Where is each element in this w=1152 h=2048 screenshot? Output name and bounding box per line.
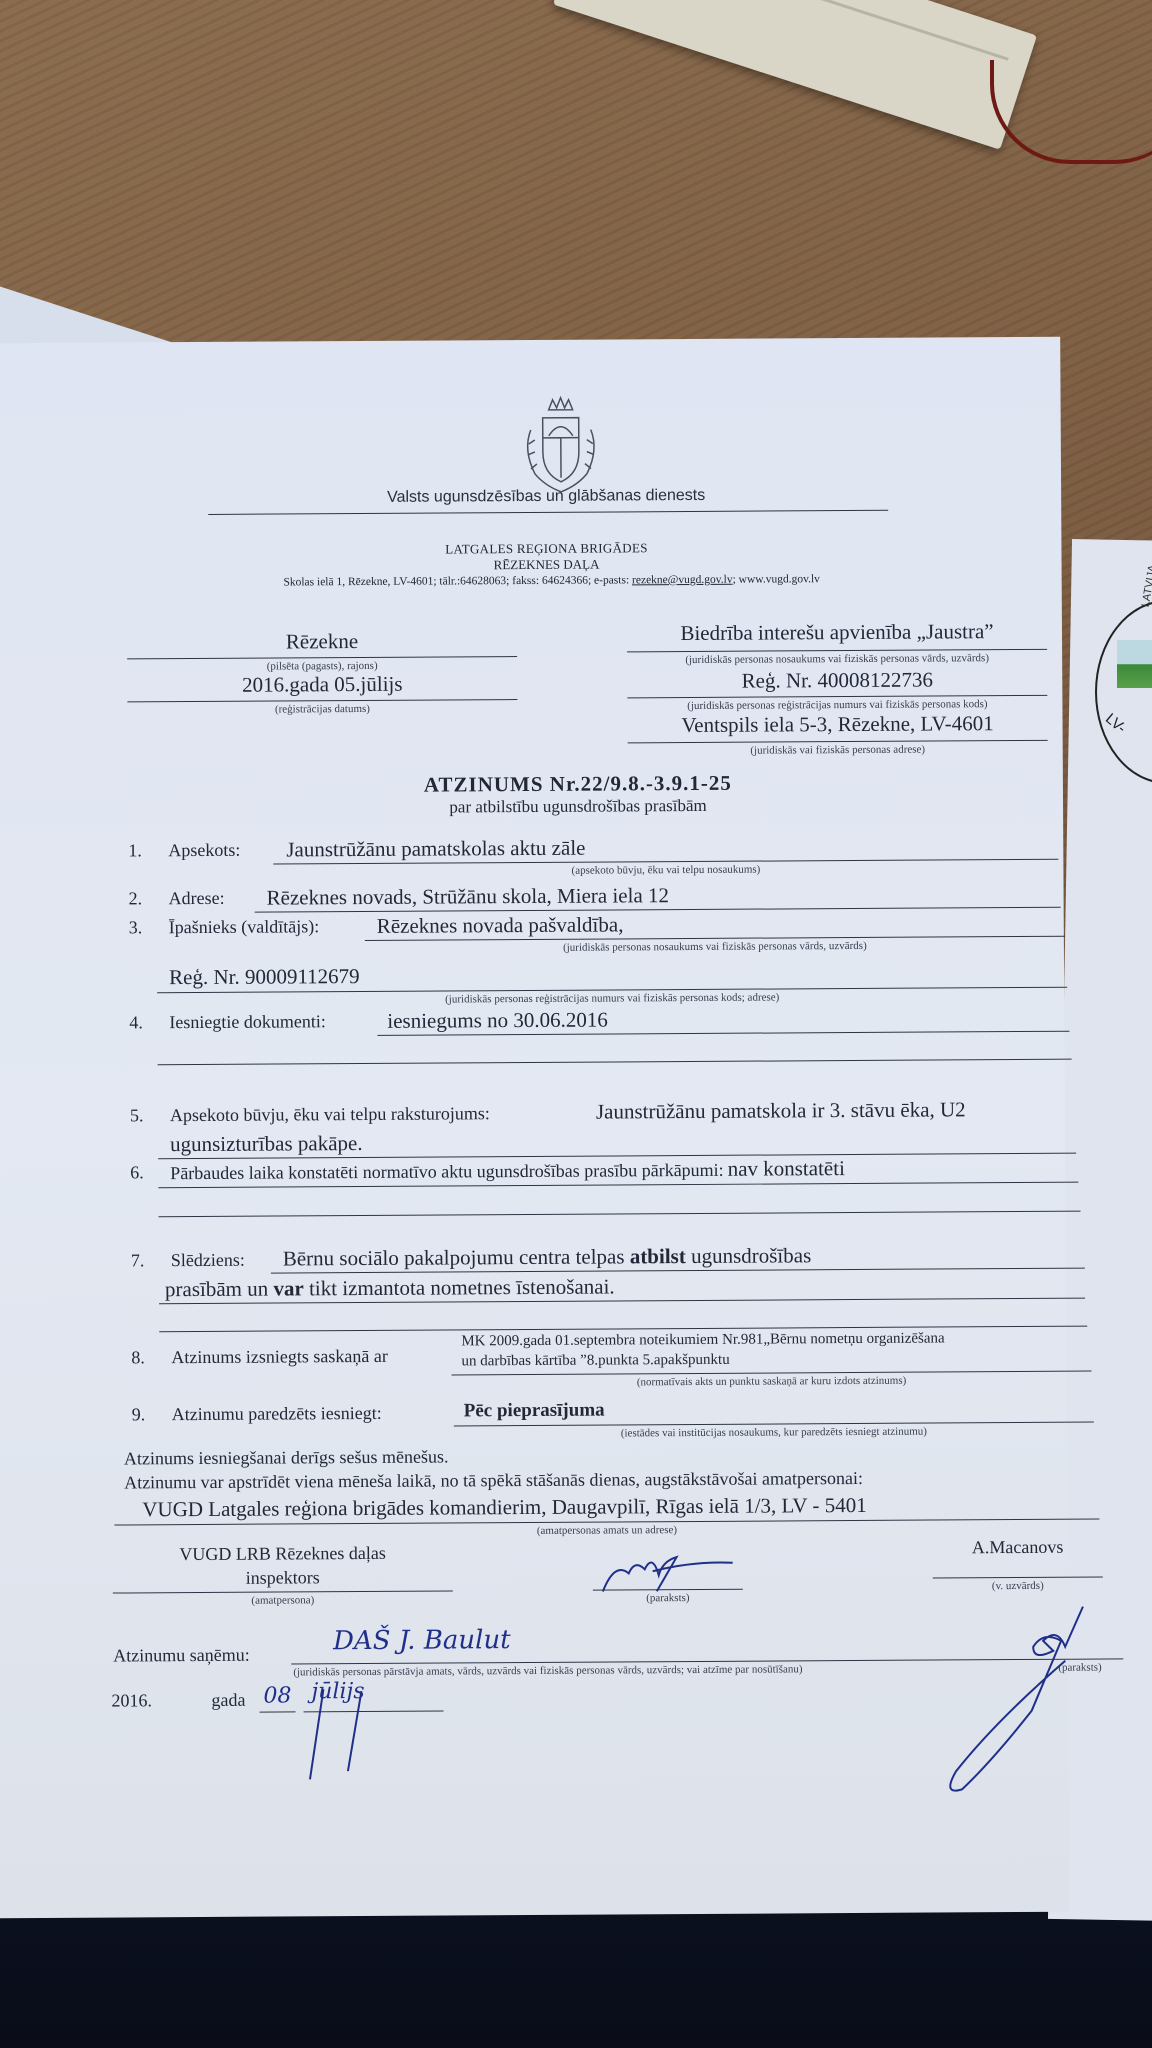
- item-3-reg-no: Reģ. Nr. 90009112679: [169, 964, 360, 990]
- receipt-caption: (juridiskās personas pārstāvja amats, vā…: [293, 1663, 802, 1678]
- recipient-name-caption: (juridiskās personas nosaukums vai fizis…: [627, 652, 1047, 667]
- item-9-number: 9.: [132, 1404, 146, 1425]
- recipient-reg-no: Reģ. Nr. 40008122736: [627, 667, 1047, 695]
- recipient-address: Ventspils iela 5-3, Rēzekne, LV-4601: [627, 711, 1047, 739]
- recipient-signature: [873, 1602, 1094, 1793]
- item-8-label: Atzinums izsniegts saskaņā ar: [171, 1346, 388, 1368]
- item-3-value: Rēzeknes novada pašvaldība,: [377, 912, 624, 939]
- validity-note: Atzinums iesniegšanai derīgs sešus mēneš…: [124, 1446, 449, 1469]
- official-position-caption: (amatpersona): [113, 1593, 453, 1607]
- item-4-number: 4.: [129, 1012, 143, 1033]
- latvian-coat-of-arms-icon: [510, 389, 611, 500]
- receipt-label: Atzinumu saņēmu:: [113, 1645, 250, 1667]
- item-3-number: 3.: [129, 917, 143, 938]
- month-handwriting-strokes: [303, 1681, 384, 1781]
- official-name-caption: (v. uzvārds): [933, 1579, 1103, 1592]
- item-5-value-line2: ugunsizturības pakāpe.: [170, 1131, 363, 1157]
- item-9-value: Pēc pieprasījuma: [464, 1400, 605, 1423]
- item-4-value: iesniegums no 30.06.2016: [387, 1008, 608, 1034]
- item-8-value-line1: MK 2009.gada 01.septembra noteikumiem Nr…: [461, 1330, 944, 1350]
- item-3-caption: (juridiskās personas nosaukums vai fizis…: [365, 939, 1065, 955]
- registration-place: Rēzekne: [127, 628, 517, 655]
- item-1-label: Apsekots:: [168, 840, 240, 861]
- item-4-label: Iesniegtie dokumenti:: [169, 1011, 326, 1033]
- inspector-signature-caption: (paraksts): [593, 1592, 743, 1605]
- email-link[interactable]: rezekne@vugd.gov.lv: [632, 574, 733, 587]
- item-8-number: 8.: [131, 1347, 145, 1368]
- item-7-conclusion-line2: prasībām un var tikt izmantota nometnes …: [165, 1274, 615, 1302]
- item-5-label: Apsekoto būvju, ēku vai telpu raksturoju…: [170, 1103, 490, 1126]
- item-1-caption: (apsekoto būvju, ēku vai telpu nosaukums…: [273, 862, 1058, 879]
- receipt-handwritten-entry: DAŠ J. Baulut: [333, 1625, 511, 1656]
- dark-desk-edge: [0, 1900, 1152, 2048]
- appeal-authority: VUGD Latgales reģiona brigādes komandier…: [142, 1493, 866, 1522]
- item-7-label: Slēdziens:: [171, 1250, 245, 1271]
- item-1-value: Jaunstrūžānu pamatskolas aktu zāle: [286, 836, 585, 863]
- item-6-number: 6.: [130, 1162, 144, 1183]
- recipient-address-caption: (juridiskās vai fiziskās personas adrese…: [628, 743, 1048, 758]
- item-5-value-line1: Jaunstrūžānu pamatskola ir 3. stāvu ēka,…: [596, 1097, 966, 1124]
- contact-line: Skolas ielā 1, Rēzekne, LV-4601; tālr.:6…: [157, 572, 947, 589]
- unit-name: RĒZEKNES DAĻA: [207, 555, 887, 575]
- item-2-number: 2.: [129, 888, 143, 909]
- item-3-label: Īpašnieks (valdītājs):: [169, 916, 320, 938]
- item-7-conclusion-line1: Bērnu sociālo pakalpojumu centra telpas …: [283, 1243, 812, 1271]
- registration-date: 2016.gada 05.jūlijs: [127, 671, 517, 698]
- item-6-value: nav konstatēti: [728, 1156, 845, 1181]
- item-9-label: Atzinumu paredzēts iesniegt:: [172, 1403, 382, 1425]
- item-9-caption: (iestādes vai institūcijas nosaukums, ku…: [454, 1425, 1094, 1441]
- item-2-label: Adrese:: [169, 888, 225, 909]
- item-6-label: Pārbaudes laika konstatēti normatīvo akt…: [170, 1160, 724, 1183]
- item-5-number: 5.: [130, 1105, 144, 1126]
- item-6-line: Pārbaudes laika konstatēti normatīvo akt…: [170, 1156, 845, 1185]
- item-8-value-line2: un darbības kārtība ”8.punkta 5.apakšpun…: [461, 1352, 729, 1371]
- appeal-note: Atzinumu var apstrīdēt viena mēneša laik…: [124, 1468, 863, 1494]
- receipt-gada-label: gada: [211, 1690, 245, 1711]
- registration-date-caption: (reģistrācijas datums): [127, 702, 517, 716]
- item-2-value: Rēzeknes novads, Strūžānu skola, Miera i…: [267, 883, 670, 910]
- item-1-number: 1.: [128, 840, 142, 861]
- item-7-number: 7.: [131, 1250, 145, 1271]
- fire-safety-certificate: Valsts ugunsdzēsības un glābšanas dienes…: [0, 337, 1070, 1919]
- receipt-day: 08: [263, 1683, 291, 1708]
- agency-name: Valsts ugunsdzēsības un glābšanas dienes…: [206, 486, 886, 508]
- recipient-name: Biedrība interešu apvienība „Jaustra”: [627, 619, 1047, 647]
- official-name: A.Macanovs: [933, 1536, 1103, 1558]
- official-position-line2: inspektors: [113, 1566, 453, 1589]
- official-position-line1: VUGD LRB Rēzeknes daļas: [113, 1542, 453, 1565]
- item-8-caption: (normatīvais akts un punktu saskaņā ar k…: [452, 1374, 1092, 1390]
- recipient-reg-caption: (juridiskās personas reģistrācijas numur…: [627, 698, 1047, 713]
- receipt-year: 2016.: [111, 1690, 152, 1711]
- document-subtitle: par atbilstību ugunsdrošības prasībām: [188, 794, 968, 819]
